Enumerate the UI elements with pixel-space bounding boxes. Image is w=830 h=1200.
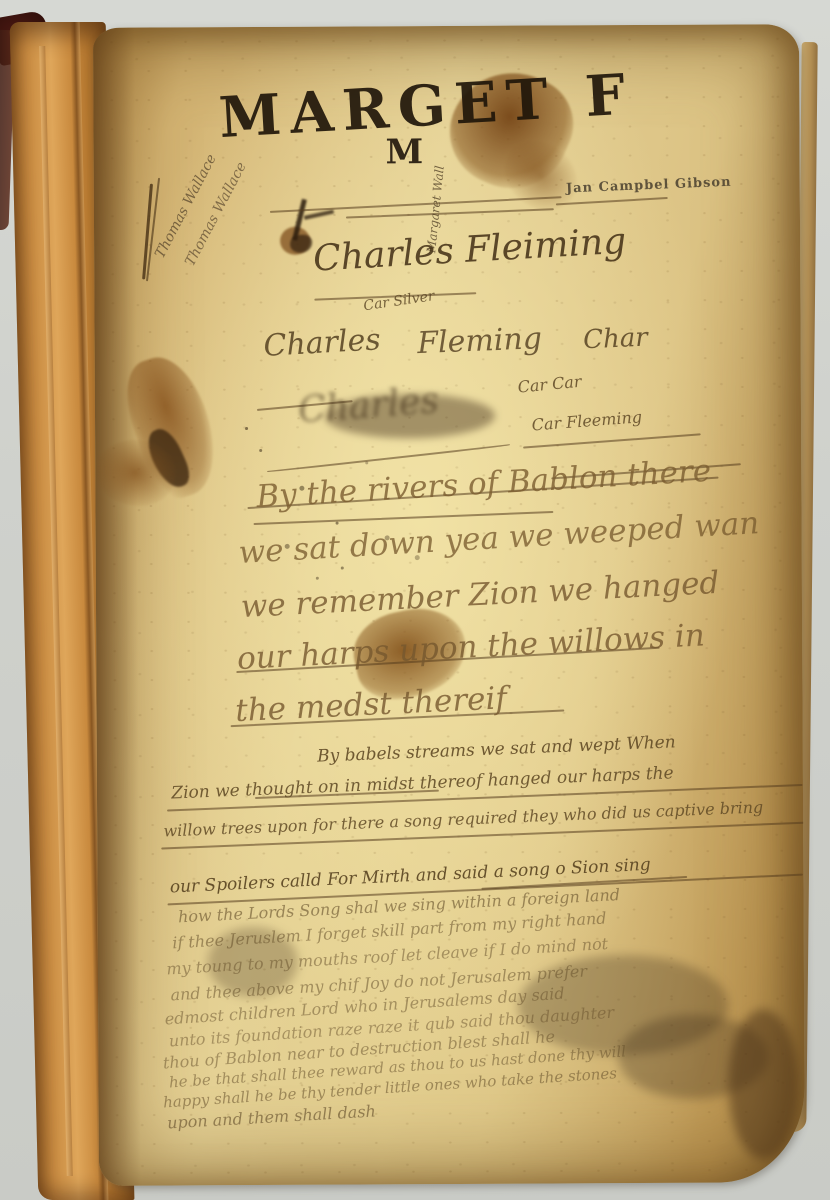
- smudge-right-edge: [728, 1009, 799, 1159]
- initial-m: M: [386, 132, 424, 172]
- photo-of-antique-book-flyleaf: MARGET F M Thomas Wallace Thomas Wallace…: [0, 0, 830, 1200]
- gutter-shadow: [93, 28, 141, 1186]
- manuscript-page: MARGET F M Thomas Wallace Thomas Wallace…: [93, 24, 805, 1186]
- signature-2-char: Char: [583, 323, 649, 356]
- signature-2-charles: Charles: [263, 322, 382, 364]
- signature-2-fleming: Fleming: [417, 321, 543, 361]
- ink-spatter-dots: [245, 427, 248, 430]
- spine-fold-highlight: [39, 46, 73, 1177]
